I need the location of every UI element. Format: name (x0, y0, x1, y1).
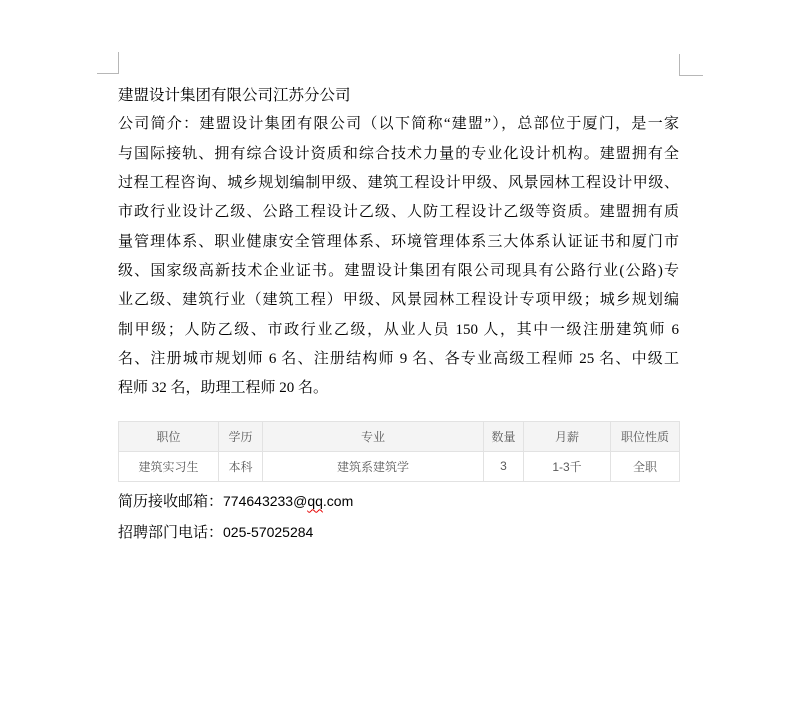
contact-block: 简历接收邮箱：774643233@qq.com 招聘部门电话：025-57025… (118, 486, 679, 548)
jobs-table: 职位 学历 专业 数量 月薪 职位性质 建筑实习生 本科 建筑系建筑学 3 1-… (118, 421, 680, 482)
intro-line: 市政行业设计乙级、公路工程设计乙级、人防工程设计乙级等资质。建盟拥有质 (118, 198, 679, 227)
cell-education: 本科 (219, 451, 263, 481)
document-page: 建盟设计集团有限公司江苏分公司 公司简介：建盟设计集团有限公司（以下简称“建盟”… (0, 0, 799, 719)
cell-position: 建筑实习生 (119, 451, 219, 481)
column-header-major: 专业 (263, 421, 484, 451)
contact-phone-line: 招聘部门电话：025-57025284 (118, 517, 679, 548)
intro-line: 公司简介：建盟设计集团有限公司（以下简称“建盟”），总部位于厦门，是一家 (118, 110, 679, 139)
intro-line: 名、注册城市规划师 6 名、注册结构师 9 名、各专业高级工程师 25 名、中级… (118, 345, 679, 374)
intro-line: 业乙级、建筑行业（建筑工程）甲级、风景园林工程设计专项甲级；城乡规划编 (118, 286, 679, 315)
contact-email-line: 简历接收邮箱：774643233@qq.com (118, 486, 679, 517)
cell-quantity: 3 (484, 451, 524, 481)
company-intro-paragraph: 公司简介：建盟设计集团有限公司（以下简称“建盟”），总部位于厦门，是一家 与国际… (118, 110, 679, 403)
table-row: 建筑实习生 本科 建筑系建筑学 3 1-3千 全职 (119, 451, 680, 481)
contact-phone-value: 025-57025284 (223, 524, 313, 540)
document-content: 建盟设计集团有限公司江苏分公司 公司简介：建盟设计集团有限公司（以下简称“建盟”… (118, 81, 679, 548)
margin-crop-mark-right (679, 54, 703, 76)
column-header-position: 职位 (119, 421, 219, 451)
column-header-quantity: 数量 (484, 421, 524, 451)
email-spellcheck-flagged: qq (307, 493, 323, 509)
cell-major: 建筑系建筑学 (263, 451, 484, 481)
email-before: 774643233@ (223, 493, 307, 509)
intro-line: 级、国家级高新技术企业证书。建盟设计集团有限公司现具有公路行业(公路)专 (118, 257, 679, 286)
contact-email-value: 774643233@qq.com (223, 493, 353, 509)
cell-salary: 1-3千 (524, 451, 611, 481)
table-header-row: 职位 学历 专业 数量 月薪 职位性质 (119, 421, 680, 451)
intro-line: 量管理体系、职业健康安全管理体系、环境管理体系三大体系认证证书和厦门市 (118, 228, 679, 257)
page-title: 建盟设计集团有限公司江苏分公司 (118, 81, 679, 110)
margin-crop-mark-left (97, 52, 119, 74)
column-header-education: 学历 (219, 421, 263, 451)
cell-job-type: 全职 (611, 451, 680, 481)
column-header-job-type: 职位性质 (611, 421, 680, 451)
intro-line: 程师 32 名，助理工程师 20 名。 (118, 374, 679, 403)
column-header-salary: 月薪 (524, 421, 611, 451)
intro-line: 制甲级；人防乙级、市政行业乙级，从业人员 150 人，其中一级注册建筑师 6 (118, 316, 679, 345)
intro-line: 与国际接轨、拥有综合设计资质和综合技术力量的专业化设计机构。建盟拥有全 (118, 140, 679, 169)
intro-line: 过程工程咨询、城乡规划编制甲级、建筑工程设计甲级、风景园林工程设计甲级、 (118, 169, 679, 198)
contact-email-label: 简历接收邮箱： (118, 494, 223, 510)
email-after: .com (323, 493, 353, 509)
contact-phone-label: 招聘部门电话： (118, 525, 223, 541)
